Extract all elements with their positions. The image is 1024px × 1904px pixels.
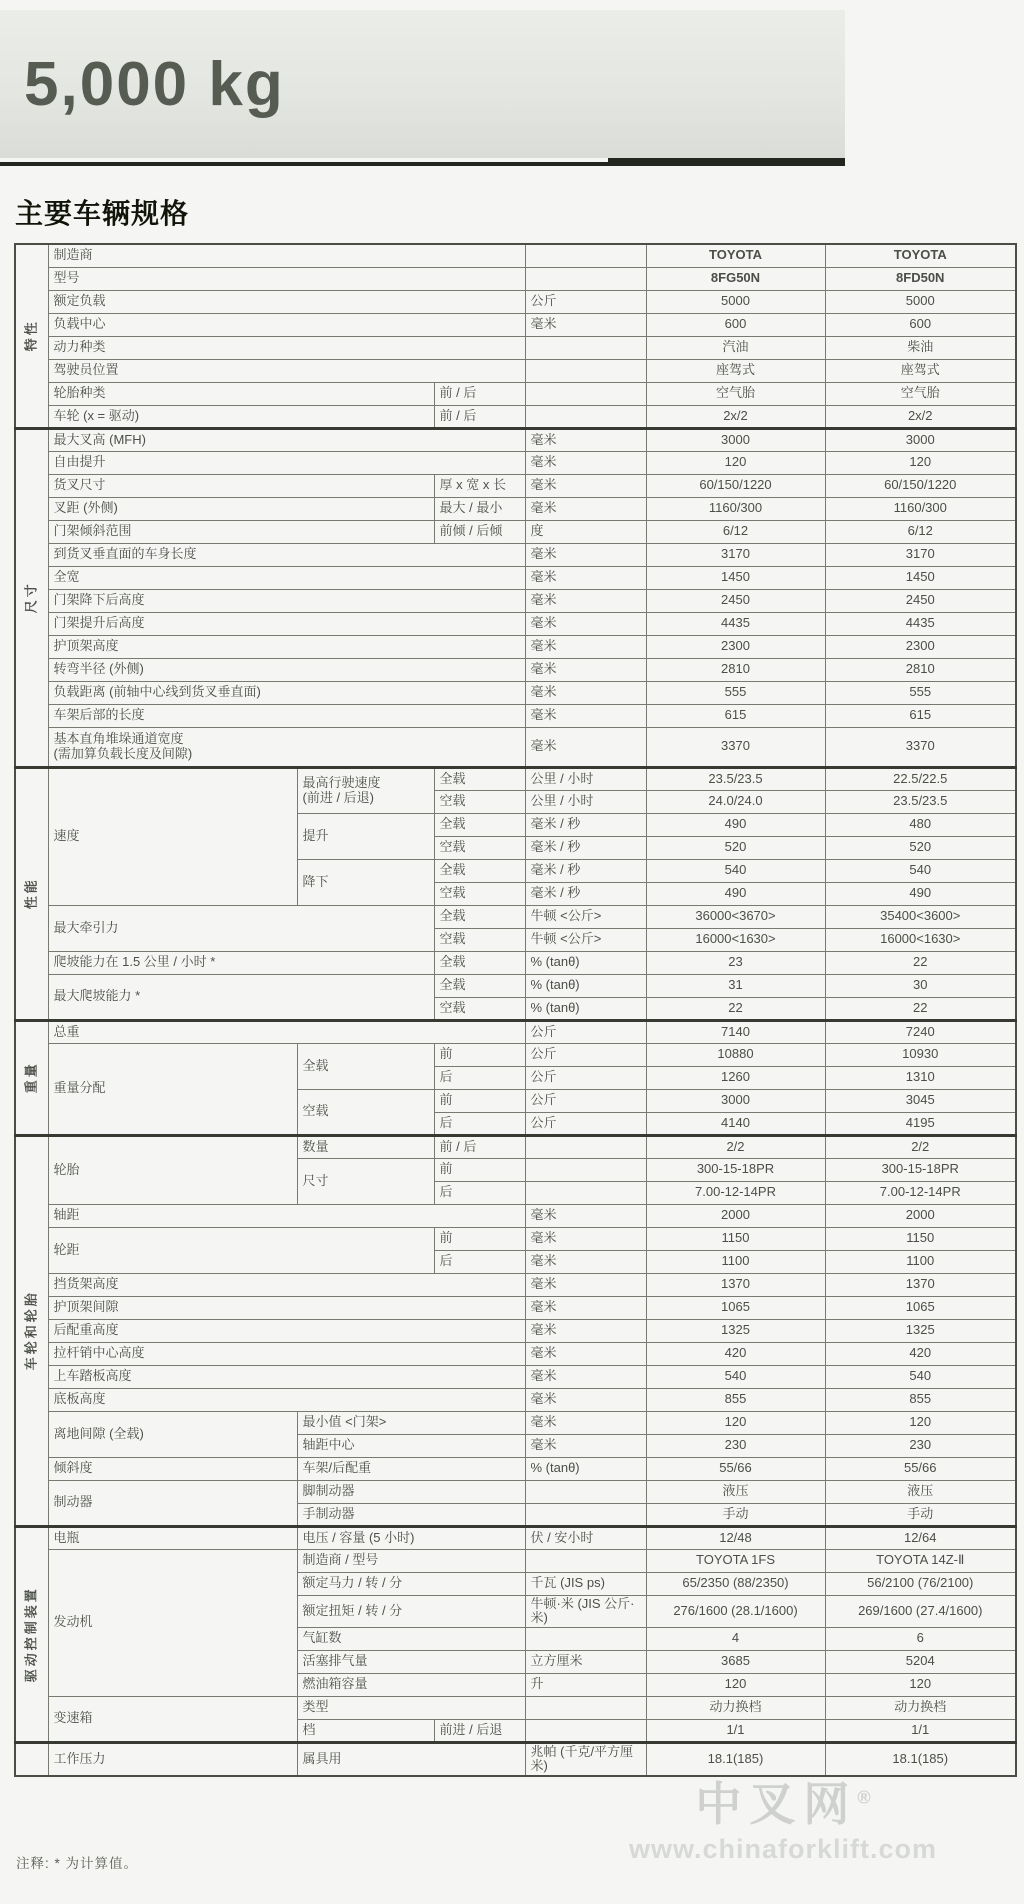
spec-cell-val: TOYOTA bbox=[646, 244, 825, 267]
spec-cell-val: 22 bbox=[825, 997, 1016, 1020]
spec-cell-unit bbox=[525, 1135, 646, 1158]
spec-cell-val: 1150 bbox=[646, 1227, 825, 1250]
spec-cell-val: 座驾式 bbox=[825, 359, 1016, 382]
spec-cell-val: 1100 bbox=[825, 1250, 1016, 1273]
section-label: 车轮和轮胎 bbox=[15, 1135, 48, 1526]
spec-cell-val: 24.0/24.0 bbox=[646, 790, 825, 813]
spec-cell-unit: 伏 / 安小时 bbox=[525, 1526, 646, 1549]
spec-cell-val: 65/2350 (88/2350) bbox=[646, 1572, 825, 1595]
spec-cell-val: 2x/2 bbox=[646, 405, 825, 428]
spec-cell-val: 手动 bbox=[646, 1503, 825, 1526]
spec-cell-label: 后配重高度 bbox=[48, 1319, 525, 1342]
spec-cell-label: 额定负载 bbox=[48, 290, 525, 313]
spec-cell-sub: 额定扭矩 / 转 / 分 bbox=[297, 1595, 525, 1627]
spec-cell-label: 变速箱 bbox=[48, 1696, 297, 1742]
spec-cell-val: 2/2 bbox=[825, 1135, 1016, 1158]
spec-cell-val: 23.5/23.5 bbox=[825, 790, 1016, 813]
spec-cell-unit: 毫米 / 秒 bbox=[525, 813, 646, 836]
spec-cell-sub: 额定马力 / 转 / 分 bbox=[297, 1572, 525, 1595]
spec-cell-val: 3045 bbox=[825, 1089, 1016, 1112]
banner-divider-accent bbox=[608, 158, 845, 166]
spec-cell-sub: 电压 / 容量 (5 小时) bbox=[297, 1526, 525, 1549]
spec-cell-unit: 毫米 bbox=[525, 497, 646, 520]
section-label: 尺寸 bbox=[15, 428, 48, 767]
spec-cell-label: 门架提升后高度 bbox=[48, 612, 525, 635]
spec-cell-val: 1160/300 bbox=[825, 497, 1016, 520]
spec-cell-val: 540 bbox=[825, 859, 1016, 882]
spec-cell-val: 8FG50N bbox=[646, 267, 825, 290]
spec-cell-sub: 降下 bbox=[297, 859, 434, 905]
capacity-text: 5,000 kg bbox=[24, 49, 285, 120]
spec-cell-unit: 毫米 bbox=[525, 1250, 646, 1273]
spec-cell-sub: 最大 / 最小 bbox=[434, 497, 525, 520]
spec-cell-label: 门架倾斜范围 bbox=[48, 520, 434, 543]
section-label: 特性 bbox=[15, 244, 48, 428]
spec-cell-val: 5204 bbox=[825, 1650, 1016, 1673]
spec-cell-val: 56/2100 (76/2100) bbox=[825, 1572, 1016, 1595]
spec-cell-unit: 牛顿 <公斤> bbox=[525, 928, 646, 951]
spec-cell-val: 30 bbox=[825, 974, 1016, 997]
spec-cell-sub: 前 / 后 bbox=[434, 1135, 525, 1158]
spec-cell-unit: 升 bbox=[525, 1673, 646, 1696]
spec-cell-label: 发动机 bbox=[48, 1549, 297, 1696]
spec-cell-unit bbox=[525, 1503, 646, 1526]
spec-cell-label: 挡货架高度 bbox=[48, 1273, 525, 1296]
capacity-banner: 5,000 kg bbox=[0, 10, 845, 158]
spec-cell-label: 电瓶 bbox=[48, 1526, 297, 1549]
spec-cell-val: 36000<3670> bbox=[646, 905, 825, 928]
section-label-text: 性能 bbox=[24, 877, 39, 909]
spec-cell-sub: 前 bbox=[434, 1043, 525, 1066]
spec-cell-unit: 公里 / 小时 bbox=[525, 790, 646, 813]
spec-cell-label: 车轮 (x = 驱动) bbox=[48, 405, 434, 428]
watermark-logo-text: 中叉网 bbox=[695, 1778, 857, 1830]
spec-cell-sub: 前 / 后 bbox=[434, 405, 525, 428]
spec-cell-val: 520 bbox=[646, 836, 825, 859]
spec-cell-sub: 后 bbox=[434, 1112, 525, 1135]
spec-cell-unit bbox=[525, 1696, 646, 1719]
spec-cell-label: 轮距 bbox=[48, 1227, 434, 1273]
spec-cell-sub: 全载 bbox=[434, 951, 525, 974]
spec-cell-val: 10880 bbox=[646, 1043, 825, 1066]
banner-divider bbox=[0, 158, 845, 166]
spec-cell-label: 动力种类 bbox=[48, 336, 525, 359]
spec-cell-val: 60/150/1220 bbox=[825, 474, 1016, 497]
spec-cell-label: 速度 bbox=[48, 767, 297, 905]
spec-cell-val: 1310 bbox=[825, 1066, 1016, 1089]
spec-cell-val: 7.00-12-14PR bbox=[646, 1181, 825, 1204]
spec-cell-unit: 毫米 bbox=[525, 704, 646, 727]
spec-cell-val: 540 bbox=[825, 1365, 1016, 1388]
spec-cell-label: 最大牵引力 bbox=[48, 905, 434, 951]
spec-cell-sub: 前进 / 后退 bbox=[434, 1719, 525, 1742]
spec-cell-unit: % (tanθ) bbox=[525, 951, 646, 974]
spec-cell-val: 7240 bbox=[825, 1020, 1016, 1043]
watermark: 中叉网® www.chinaforklift.com bbox=[546, 1768, 1020, 1865]
spec-cell-val: 1260 bbox=[646, 1066, 825, 1089]
spec-cell-val: 3170 bbox=[646, 543, 825, 566]
spec-cell-val: 490 bbox=[825, 882, 1016, 905]
spec-cell-val: 600 bbox=[825, 313, 1016, 336]
spec-cell-sub: 类型 bbox=[297, 1696, 525, 1719]
spec-cell-sub: 全载 bbox=[434, 767, 525, 790]
spec-cell-val: 1/1 bbox=[825, 1719, 1016, 1742]
spec-cell-val: 汽油 bbox=[646, 336, 825, 359]
spec-cell-unit bbox=[525, 405, 646, 428]
spec-cell-unit: 毫米 bbox=[525, 1296, 646, 1319]
spec-cell-val: 3170 bbox=[825, 543, 1016, 566]
section-label-text: 特性 bbox=[24, 320, 39, 352]
spec-cell-label: 倾斜度 bbox=[48, 1457, 297, 1480]
spec-cell-unit: % (tanθ) bbox=[525, 1457, 646, 1480]
spec-cell-val: 5000 bbox=[646, 290, 825, 313]
spec-cell-val: 2300 bbox=[646, 635, 825, 658]
spec-cell-val: 520 bbox=[825, 836, 1016, 859]
spec-cell-val: 22 bbox=[825, 951, 1016, 974]
footnote: 注释: * 为计算值。 bbox=[16, 1852, 138, 1872]
spec-sheet-page: 5,000 kg 主要车辆规格 特性制造商TOYOTATOYOTA型号8FG50… bbox=[0, 0, 1024, 1904]
spec-cell-val: 7140 bbox=[646, 1020, 825, 1043]
spec-cell-sub: 燃油箱容量 bbox=[297, 1673, 525, 1696]
spec-cell-val: 2x/2 bbox=[825, 405, 1016, 428]
spec-cell-label: 底板高度 bbox=[48, 1388, 525, 1411]
spec-cell-val: 2450 bbox=[646, 589, 825, 612]
spec-cell-label: 护顶架高度 bbox=[48, 635, 525, 658]
spec-cell-val: 16000<1630> bbox=[825, 928, 1016, 951]
spec-cell-val: 柴油 bbox=[825, 336, 1016, 359]
spec-cell-val: 1150 bbox=[825, 1227, 1016, 1250]
spec-cell-unit: 毫米 bbox=[525, 658, 646, 681]
section-label-text: 尺寸 bbox=[24, 581, 39, 613]
spec-cell-val: 120 bbox=[825, 1411, 1016, 1434]
spec-cell-val: 540 bbox=[646, 859, 825, 882]
section-label: 性能 bbox=[15, 767, 48, 1020]
spec-table: 特性制造商TOYOTATOYOTA型号8FG50N8FD50N额定负载公斤500… bbox=[14, 243, 1017, 1777]
spec-cell-sub: 全载 bbox=[297, 1043, 434, 1089]
spec-cell-unit: 毫米 bbox=[525, 474, 646, 497]
spec-cell-val: 3370 bbox=[646, 727, 825, 767]
spec-cell-label: 基本直角堆垛通道宽度 (需加算负载长度及间隙) bbox=[48, 727, 525, 767]
spec-cell-unit: 毫米 bbox=[525, 543, 646, 566]
page-title: 主要车辆规格 bbox=[15, 192, 189, 232]
spec-cell-label: 最大爬坡能力 * bbox=[48, 974, 434, 1020]
spec-cell-val: 1065 bbox=[825, 1296, 1016, 1319]
spec-cell-label: 制造商 bbox=[48, 244, 525, 267]
spec-cell-val: 空气胎 bbox=[825, 382, 1016, 405]
spec-cell-label: 上车踏板高度 bbox=[48, 1365, 525, 1388]
spec-cell-label: 自由提升 bbox=[48, 451, 525, 474]
spec-cell-unit: 毫米 bbox=[525, 451, 646, 474]
spec-cell-label: 工作压力 bbox=[48, 1742, 297, 1776]
spec-cell-sub: 空载 bbox=[297, 1089, 434, 1135]
spec-cell-sub: 属具用 bbox=[297, 1742, 525, 1776]
spec-cell-unit: 牛顿·米 (JIS 公斤·米) bbox=[525, 1595, 646, 1627]
spec-cell-unit: 公斤 bbox=[525, 1089, 646, 1112]
spec-cell-label: 制动器 bbox=[48, 1480, 297, 1526]
spec-cell-unit: 毫米 bbox=[525, 1388, 646, 1411]
spec-cell-val: 60/150/1220 bbox=[646, 474, 825, 497]
spec-cell-val: 855 bbox=[646, 1388, 825, 1411]
spec-cell-sub: 空载 bbox=[434, 790, 525, 813]
spec-cell-label: 护顶架间隙 bbox=[48, 1296, 525, 1319]
spec-cell-label: 全宽 bbox=[48, 566, 525, 589]
spec-cell-val: 6/12 bbox=[646, 520, 825, 543]
spec-cell-val: 2000 bbox=[646, 1204, 825, 1227]
spec-cell-unit: 公斤 bbox=[525, 1020, 646, 1043]
spec-cell-val: 6/12 bbox=[825, 520, 1016, 543]
spec-cell-sub: 前倾 / 后倾 bbox=[434, 520, 525, 543]
spec-cell-label: 到货叉垂直面的车身长度 bbox=[48, 543, 525, 566]
spec-cell-val: 23 bbox=[646, 951, 825, 974]
spec-cell-sub: 后 bbox=[434, 1250, 525, 1273]
spec-cell-val: 1065 bbox=[646, 1296, 825, 1319]
spec-cell-sub: 活塞排气量 bbox=[297, 1650, 525, 1673]
spec-cell-label: 门架降下后高度 bbox=[48, 589, 525, 612]
spec-cell-sub: 全载 bbox=[434, 905, 525, 928]
spec-cell-val: 4 bbox=[646, 1627, 825, 1650]
spec-cell-val: 1450 bbox=[646, 566, 825, 589]
spec-cell-val: 1325 bbox=[646, 1319, 825, 1342]
spec-cell-val: 490 bbox=[646, 882, 825, 905]
spec-cell-val: 6 bbox=[825, 1627, 1016, 1650]
spec-cell-unit: 公斤 bbox=[525, 1043, 646, 1066]
spec-cell-sub: 前 / 后 bbox=[434, 382, 525, 405]
spec-cell-val: 555 bbox=[825, 681, 1016, 704]
watermark-logo: 中叉网® bbox=[546, 1768, 1020, 1834]
spec-cell-val: 120 bbox=[646, 451, 825, 474]
spec-cell-label: 重量分配 bbox=[48, 1043, 297, 1135]
registered-mark-icon: ® bbox=[857, 1788, 870, 1808]
spec-cell-label: 车架后部的长度 bbox=[48, 704, 525, 727]
spec-cell-unit: 千瓦 (JIS ps) bbox=[525, 1572, 646, 1595]
spec-cell-unit: 毫米 bbox=[525, 1434, 646, 1457]
spec-cell-val: 2300 bbox=[825, 635, 1016, 658]
spec-cell-label: 最大叉高 (MFH) bbox=[48, 428, 525, 451]
spec-cell-val: 55/66 bbox=[646, 1457, 825, 1480]
spec-cell-val: 600 bbox=[646, 313, 825, 336]
spec-cell-unit bbox=[525, 267, 646, 290]
spec-cell-sub: 空载 bbox=[434, 882, 525, 905]
spec-cell-unit bbox=[525, 1549, 646, 1572]
spec-cell-val: 手动 bbox=[825, 1503, 1016, 1526]
spec-cell-unit: 毫米 bbox=[525, 566, 646, 589]
spec-cell-val: 615 bbox=[646, 704, 825, 727]
spec-cell-unit: 牛顿 <公斤> bbox=[525, 905, 646, 928]
spec-cell-sub: 数量 bbox=[297, 1135, 434, 1158]
spec-cell-label: 驾驶员位置 bbox=[48, 359, 525, 382]
spec-cell-val: 615 bbox=[825, 704, 1016, 727]
spec-cell-sub: 全载 bbox=[434, 813, 525, 836]
spec-cell-val: 12/64 bbox=[825, 1526, 1016, 1549]
watermark-url: www.chinaforklift.com bbox=[546, 1834, 1020, 1865]
spec-cell-val: 1370 bbox=[646, 1273, 825, 1296]
spec-cell-val: 1160/300 bbox=[646, 497, 825, 520]
spec-cell-label: 轮胎种类 bbox=[48, 382, 434, 405]
spec-cell-unit: 毫米 bbox=[525, 1319, 646, 1342]
spec-cell-val: 22.5/22.5 bbox=[825, 767, 1016, 790]
spec-cell-val: 490 bbox=[646, 813, 825, 836]
spec-cell-val: 55/66 bbox=[825, 1457, 1016, 1480]
spec-cell-val: 液压 bbox=[646, 1480, 825, 1503]
spec-cell-val: 855 bbox=[825, 1388, 1016, 1411]
spec-cell-sub: 最小值 <门架> bbox=[297, 1411, 525, 1434]
spec-cell-unit: % (tanθ) bbox=[525, 974, 646, 997]
spec-cell-val: 4435 bbox=[825, 612, 1016, 635]
spec-cell-val: 10930 bbox=[825, 1043, 1016, 1066]
spec-cell-val: 12/48 bbox=[646, 1526, 825, 1549]
spec-cell-val: 120 bbox=[825, 1673, 1016, 1696]
spec-cell-val: 23.5/23.5 bbox=[646, 767, 825, 790]
spec-cell-unit: 毫米 bbox=[525, 1204, 646, 1227]
spec-cell-unit: 立方厘米 bbox=[525, 1650, 646, 1673]
spec-cell-label: 型号 bbox=[48, 267, 525, 290]
spec-cell-unit: 公里 / 小时 bbox=[525, 767, 646, 790]
spec-cell-val: 16000<1630> bbox=[646, 928, 825, 951]
section-label: 驱动控制装置 bbox=[15, 1526, 48, 1742]
spec-cell-val: 液压 bbox=[825, 1480, 1016, 1503]
spec-cell-sub: 脚制动器 bbox=[297, 1480, 525, 1503]
spec-cell-unit: 毫米 bbox=[525, 428, 646, 451]
spec-cell-val: 座驾式 bbox=[646, 359, 825, 382]
spec-cell-unit: 毫米 / 秒 bbox=[525, 882, 646, 905]
spec-cell-label: 转弯半径 (外侧) bbox=[48, 658, 525, 681]
spec-cell-sub: 气缸数 bbox=[297, 1627, 525, 1650]
spec-cell-unit bbox=[525, 336, 646, 359]
spec-cell-unit: 毫米 bbox=[525, 612, 646, 635]
spec-cell-val: 300-15-18PR bbox=[646, 1158, 825, 1181]
spec-cell-sub: 全载 bbox=[434, 974, 525, 997]
spec-cell-unit: 毫米 / 秒 bbox=[525, 859, 646, 882]
spec-cell-val: TOYOTA 14Z-Ⅱ bbox=[825, 1549, 1016, 1572]
spec-cell-val: 3000 bbox=[646, 1089, 825, 1112]
spec-cell-unit bbox=[525, 359, 646, 382]
spec-cell-val: 1100 bbox=[646, 1250, 825, 1273]
spec-cell-val: TOYOTA 1FS bbox=[646, 1549, 825, 1572]
spec-cell-val: 230 bbox=[825, 1434, 1016, 1457]
spec-cell-unit: 毫米 / 秒 bbox=[525, 836, 646, 859]
spec-cell-label: 负载距离 (前轴中心线到货叉垂直面) bbox=[48, 681, 525, 704]
spec-cell-unit: 毫米 bbox=[525, 1227, 646, 1250]
spec-cell-val: 1370 bbox=[825, 1273, 1016, 1296]
spec-cell-label: 货叉尺寸 bbox=[48, 474, 434, 497]
spec-cell-label: 总重 bbox=[48, 1020, 525, 1043]
spec-cell-unit: 毫米 bbox=[525, 1365, 646, 1388]
spec-cell-val: 420 bbox=[646, 1342, 825, 1365]
spec-cell-val: 555 bbox=[646, 681, 825, 704]
spec-cell-unit bbox=[525, 382, 646, 405]
spec-cell-val: 空气胎 bbox=[646, 382, 825, 405]
spec-cell-val: 31 bbox=[646, 974, 825, 997]
spec-cell-sub: 制造商 / 型号 bbox=[297, 1549, 525, 1572]
spec-cell-sub: 后 bbox=[434, 1066, 525, 1089]
spec-cell-unit: 毫米 bbox=[525, 313, 646, 336]
spec-cell-val: 35400<3600> bbox=[825, 905, 1016, 928]
spec-cell-val: 2/2 bbox=[646, 1135, 825, 1158]
section-label bbox=[15, 1742, 48, 1776]
spec-cell-val: 120 bbox=[825, 451, 1016, 474]
spec-cell-label: 轮胎 bbox=[48, 1135, 297, 1204]
spec-cell-val: 120 bbox=[646, 1673, 825, 1696]
spec-cell-label: 离地间隙 (全载) bbox=[48, 1411, 297, 1457]
spec-cell-val: 4140 bbox=[646, 1112, 825, 1135]
spec-cell-val: 1/1 bbox=[646, 1719, 825, 1742]
spec-cell-sub: 最高行驶速度 (前进 / 后退) bbox=[297, 767, 434, 813]
spec-cell-sub: 空载 bbox=[434, 928, 525, 951]
spec-cell-val: 480 bbox=[825, 813, 1016, 836]
spec-cell-val: 动力换档 bbox=[825, 1696, 1016, 1719]
spec-cell-sub: 车架/后配重 bbox=[297, 1457, 525, 1480]
spec-cell-sub: 档 bbox=[297, 1719, 434, 1742]
section-label-text: 车轮和轮胎 bbox=[24, 1290, 39, 1370]
spec-cell-unit: 毫米 bbox=[525, 635, 646, 658]
spec-cell-val: 300-15-18PR bbox=[825, 1158, 1016, 1181]
spec-cell-label: 爬坡能力在 1.5 公里 / 小时 * bbox=[48, 951, 434, 974]
spec-cell-unit: 毫米 bbox=[525, 1411, 646, 1434]
spec-cell-sub: 空载 bbox=[434, 997, 525, 1020]
spec-cell-unit bbox=[525, 1719, 646, 1742]
spec-cell-val: 269/1600 (27.4/1600) bbox=[825, 1595, 1016, 1627]
spec-cell-val: 22 bbox=[646, 997, 825, 1020]
spec-cell-val: 420 bbox=[825, 1342, 1016, 1365]
spec-cell-val: 动力换档 bbox=[646, 1696, 825, 1719]
section-label: 重量 bbox=[15, 1020, 48, 1135]
spec-cell-val: 4435 bbox=[646, 612, 825, 635]
spec-cell-unit: 公斤 bbox=[525, 1066, 646, 1089]
spec-cell-unit bbox=[525, 1181, 646, 1204]
spec-cell-sub: 手制动器 bbox=[297, 1503, 525, 1526]
spec-cell-val: 230 bbox=[646, 1434, 825, 1457]
spec-cell-val: 3000 bbox=[825, 428, 1016, 451]
spec-cell-val: 2450 bbox=[825, 589, 1016, 612]
spec-cell-val: 1450 bbox=[825, 566, 1016, 589]
spec-cell-sub: 轴距中心 bbox=[297, 1434, 525, 1457]
spec-cell-label: 轴距 bbox=[48, 1204, 525, 1227]
spec-cell-val: 3000 bbox=[646, 428, 825, 451]
spec-cell-unit: 毫米 bbox=[525, 1273, 646, 1296]
spec-cell-unit: 公斤 bbox=[525, 1112, 646, 1135]
spec-cell-unit: 公斤 bbox=[525, 290, 646, 313]
spec-cell-label: 负载中心 bbox=[48, 313, 525, 336]
spec-cell-unit: % (tanθ) bbox=[525, 997, 646, 1020]
spec-cell-val: 5000 bbox=[825, 290, 1016, 313]
spec-cell-label: 叉距 (外侧) bbox=[48, 497, 434, 520]
spec-cell-sub: 前 bbox=[434, 1227, 525, 1250]
spec-cell-unit: 毫米 bbox=[525, 589, 646, 612]
section-label-text: 驱动控制装置 bbox=[24, 1586, 39, 1682]
spec-cell-unit bbox=[525, 244, 646, 267]
spec-cell-val: 1325 bbox=[825, 1319, 1016, 1342]
spec-cell-sub: 前 bbox=[434, 1158, 525, 1181]
spec-cell-val: 7.00-12-14PR bbox=[825, 1181, 1016, 1204]
spec-cell-val: TOYOTA bbox=[825, 244, 1016, 267]
spec-cell-sub: 空载 bbox=[434, 836, 525, 859]
spec-cell-val: 276/1600 (28.1/1600) bbox=[646, 1595, 825, 1627]
spec-cell-sub: 前 bbox=[434, 1089, 525, 1112]
spec-cell-unit: 度 bbox=[525, 520, 646, 543]
spec-cell-unit: 毫米 bbox=[525, 1342, 646, 1365]
spec-cell-unit bbox=[525, 1158, 646, 1181]
spec-cell-unit: 毫米 bbox=[525, 681, 646, 704]
spec-cell-val: 2810 bbox=[646, 658, 825, 681]
spec-cell-val: 2810 bbox=[825, 658, 1016, 681]
spec-cell-val: 3370 bbox=[825, 727, 1016, 767]
spec-cell-val: 2000 bbox=[825, 1204, 1016, 1227]
spec-cell-val: 8FD50N bbox=[825, 267, 1016, 290]
spec-cell-sub: 后 bbox=[434, 1181, 525, 1204]
spec-cell-unit bbox=[525, 1627, 646, 1650]
spec-cell-label: 拉杆销中心高度 bbox=[48, 1342, 525, 1365]
spec-cell-val: 3685 bbox=[646, 1650, 825, 1673]
